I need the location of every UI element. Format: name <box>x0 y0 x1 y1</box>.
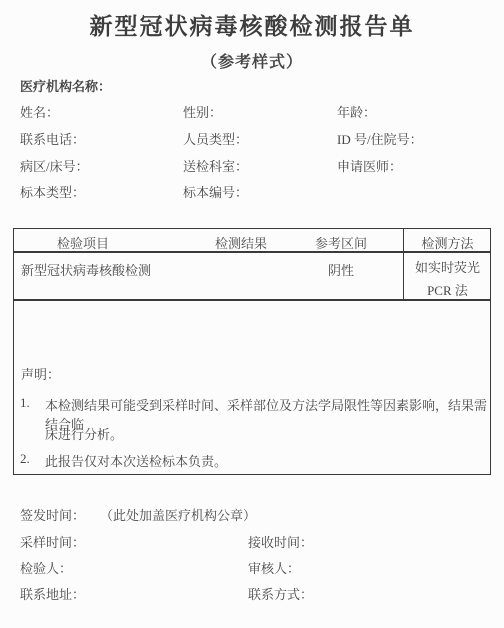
phone-label: 联系电话： <box>20 129 85 148</box>
specimen-type-label: 标本类型： <box>20 182 85 201</box>
institution-name-label: 医疗机构名称： <box>20 76 111 95</box>
receiving-time-label: 接收时间： <box>248 532 313 551</box>
statement-item-number: 1. <box>20 395 30 411</box>
official-seal-note: （此处加盖医疗机构公章） <box>100 505 256 524</box>
footer-row-times: 采样时间： 接收时间： <box>0 532 504 548</box>
header-test-method: 检测方法 <box>404 233 491 252</box>
cell-test-item: 新型冠状病毒核酸检测 <box>21 260 151 279</box>
requesting-physician-label: 申请医师： <box>337 156 402 175</box>
id-number-label: ID 号/住院号： <box>337 129 423 148</box>
sending-dept-label: 送检科室： <box>183 156 248 175</box>
specimen-number-label: 标本编号： <box>183 182 248 201</box>
table-row-separator <box>14 299 490 301</box>
cell-reference-value: 阴性 <box>274 260 408 279</box>
result-table: 检验项目 检测结果 参考区间 检测方法 新型冠状病毒核酸检测 阴性 如实时荧光 … <box>13 228 491 475</box>
patient-info-row: 标本类型： 标本编号： <box>0 182 504 198</box>
footer-row-issue: 签发时间： （此处加盖医疗机构公章） <box>0 505 504 521</box>
sampling-time-label: 采样时间： <box>20 532 85 551</box>
footer-row-people: 检验人： 审核人： <box>0 558 504 574</box>
issue-time-label: 签发时间： <box>20 505 85 524</box>
cell-method-line1: 如实时荧光 <box>404 257 491 276</box>
report-title: 新型冠状病毒核酸检测报告单 <box>0 8 504 41</box>
name-label: 姓名： <box>20 102 59 121</box>
table-header-separator <box>14 251 490 253</box>
inspector-label: 检验人： <box>20 558 72 577</box>
age-label: 年龄： <box>337 102 376 121</box>
patient-info-row: 联系电话： 人员类型： ID 号/住院号： <box>0 129 504 145</box>
covid-test-report-page: 新型冠状病毒核酸检测报告单 （参考样式） 医疗机构名称： 姓名： 性别： 年龄：… <box>0 0 504 628</box>
ward-bed-label: 病区/床号： <box>20 156 89 175</box>
statement-item-number: 2. <box>20 451 30 467</box>
statement-item-text: 此报告仅对本次送检标本负责。 <box>45 451 227 470</box>
footer-row-contact: 联系地址： 联系方式： <box>0 584 504 600</box>
header-test-item: 检验项目 <box>14 233 152 252</box>
contact-method-label: 联系方式： <box>248 584 313 603</box>
patient-info-row: 姓名： 性别： 年龄： <box>0 102 504 118</box>
reviewer-label: 审核人： <box>248 558 300 577</box>
person-type-label: 人员类型： <box>183 129 248 148</box>
cell-method-line2: PCR 法 <box>404 280 491 299</box>
contact-address-label: 联系地址： <box>20 584 85 603</box>
report-subtitle: （参考样式） <box>0 49 504 72</box>
gender-label: 性别： <box>183 102 222 121</box>
statement-label: 声明： <box>21 364 60 383</box>
patient-info-row: 病区/床号： 送检科室： 申请医师： <box>0 156 504 172</box>
statement-item-text-continued: 床进行分析。 <box>45 424 123 443</box>
header-reference-interval: 参考区间 <box>274 233 408 252</box>
